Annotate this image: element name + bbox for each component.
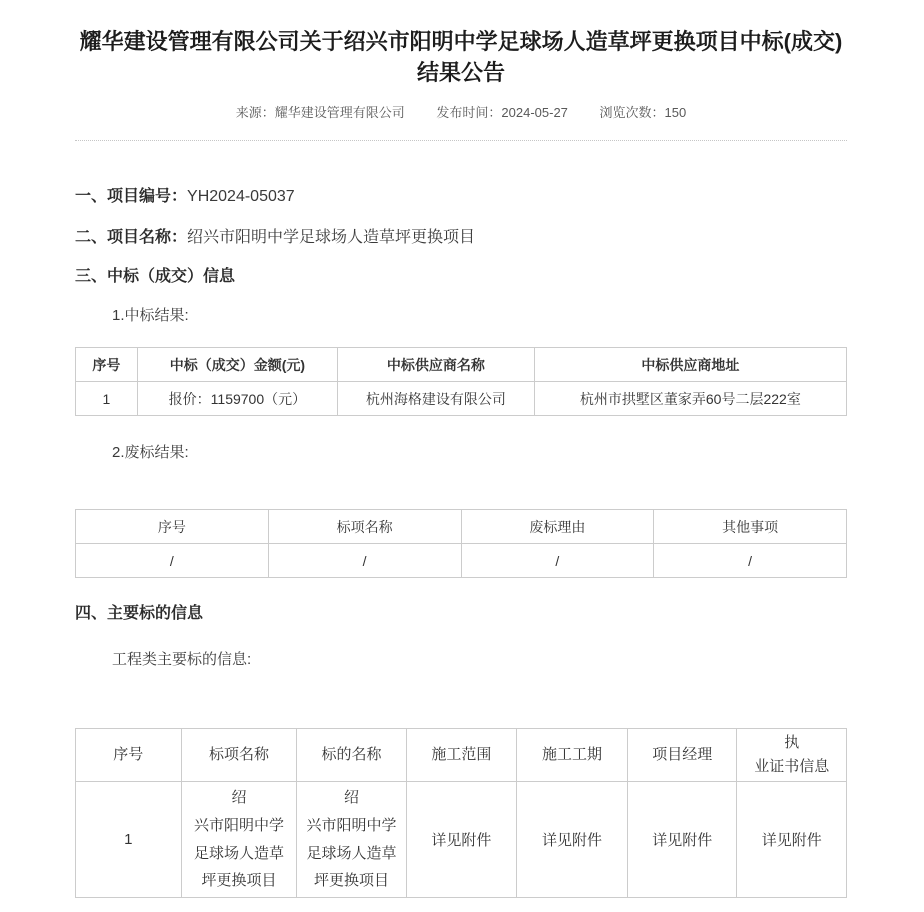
project-name-value: 绍兴市阳明中学足球场人造草坪更换项目 [187,229,475,246]
invalid-bid-subheading: 2.废标结果: [75,444,847,462]
section-project-name: 二、项目名称：绍兴市阳明中学足球场人造草坪更换项目 [75,228,847,247]
cell-lot-name: / [268,544,461,578]
meta-bar: 来源：耀华建设管理有限公司 发布时间：2024-05-27 浏览次数：150 [75,105,847,121]
cell-supplier-name: 杭州海格建设有限公司 [338,382,535,416]
header-invalid-reason: 废标理由 [461,510,654,544]
invalid-bid-table: 序号 标项名称 废标理由 其他事项 / / / / [75,509,847,578]
cell-award-amount: 报价：1159700（元） [137,382,337,416]
header-project-manager: 项目经理 [628,729,737,782]
header-other-matters: 其他事项 [654,510,847,544]
cell-other-matters: / [654,544,847,578]
project-number-label: 一、项目编号： [75,188,187,205]
header-supplier-address: 中标供应商地址 [534,348,846,382]
header-divider [75,140,847,141]
page-title: 耀华建设管理有限公司关于绍兴市阳明中学足球场人造草坪更换项目中标(成交)结果公告 [75,26,847,88]
cell-construction-scope: 详见附件 [406,782,516,898]
header-award-amount: 中标（成交）金额(元) [137,348,337,382]
cell-seq: 1 [76,382,138,416]
cell-subject-name: 绍 兴市阳明中学 足球场人造草 坪更换项目 [297,782,406,898]
main-subject-table: 序号 标项名称 标的名称 施工范围 施工工期 项目经理 执 业证书信息 1 绍 … [75,728,847,898]
section-project-number: 一、项目编号：YH2024-05037 [75,187,847,206]
header-lot-name: 标项名称 [181,729,297,782]
cell-supplier-address: 杭州市拱墅区董家弄60号二层222室 [534,382,846,416]
table-row: 1 报价：1159700（元） 杭州海格建设有限公司 杭州市拱墅区董家弄60号二… [76,382,847,416]
main-subject-heading: 四、主要标的信息 [75,605,203,622]
header-seq: 序号 [76,729,182,782]
project-name-label: 二、项目名称： [75,229,187,246]
header-seq: 序号 [76,510,269,544]
award-info-heading: 三、中标（成交）信息 [75,268,235,285]
engineering-subject-subheading: 工程类主要标的信息: [75,651,847,669]
table-row: 1 绍 兴市阳明中学 足球场人造草 坪更换项目 绍 兴市阳明中学 足球场人造草 … [76,782,847,898]
header-construction-period: 施工工期 [516,729,627,782]
header-supplier-name: 中标供应商名称 [338,348,535,382]
award-result-subheading: 1.中标结果: [75,307,847,325]
header-subject-name: 标的名称 [297,729,406,782]
award-result-table: 序号 中标（成交）金额(元) 中标供应商名称 中标供应商地址 1 报价：1159… [75,347,847,416]
announcement-page: 耀华建设管理有限公司关于绍兴市阳明中学足球场人造草坪更换项目中标(成交)结果公告… [0,26,924,912]
cell-construction-period: 详见附件 [516,782,627,898]
table-header-row: 序号 中标（成交）金额(元) 中标供应商名称 中标供应商地址 [76,348,847,382]
cell-invalid-reason: / [461,544,654,578]
meta-publish-time: 发布时间：2024-05-27 [436,105,568,120]
cell-project-manager: 详见附件 [628,782,737,898]
table-header-row: 序号 标项名称 废标理由 其他事项 [76,510,847,544]
cell-lot-name: 绍 兴市阳明中学 足球场人造草 坪更换项目 [181,782,297,898]
meta-source: 来源：耀华建设管理有限公司 [236,105,405,120]
header-seq: 序号 [76,348,138,382]
header-lot-name: 标项名称 [268,510,461,544]
table-row: / / / / [76,544,847,578]
cell-license-info: 详见附件 [737,782,847,898]
table-header-row: 序号 标项名称 标的名称 施工范围 施工工期 项目经理 执 业证书信息 [76,729,847,782]
header-construction-scope: 施工范围 [406,729,516,782]
cell-seq: 1 [76,782,182,898]
meta-view-count: 浏览次数：150 [600,105,687,120]
section-award-info-heading: 三、中标（成交）信息 [75,267,847,286]
header-license-info: 执 业证书信息 [737,729,847,782]
section-main-subject-heading: 四、主要标的信息 [75,604,847,623]
cell-seq: / [76,544,269,578]
project-number-value: YH2024-05037 [187,188,295,205]
